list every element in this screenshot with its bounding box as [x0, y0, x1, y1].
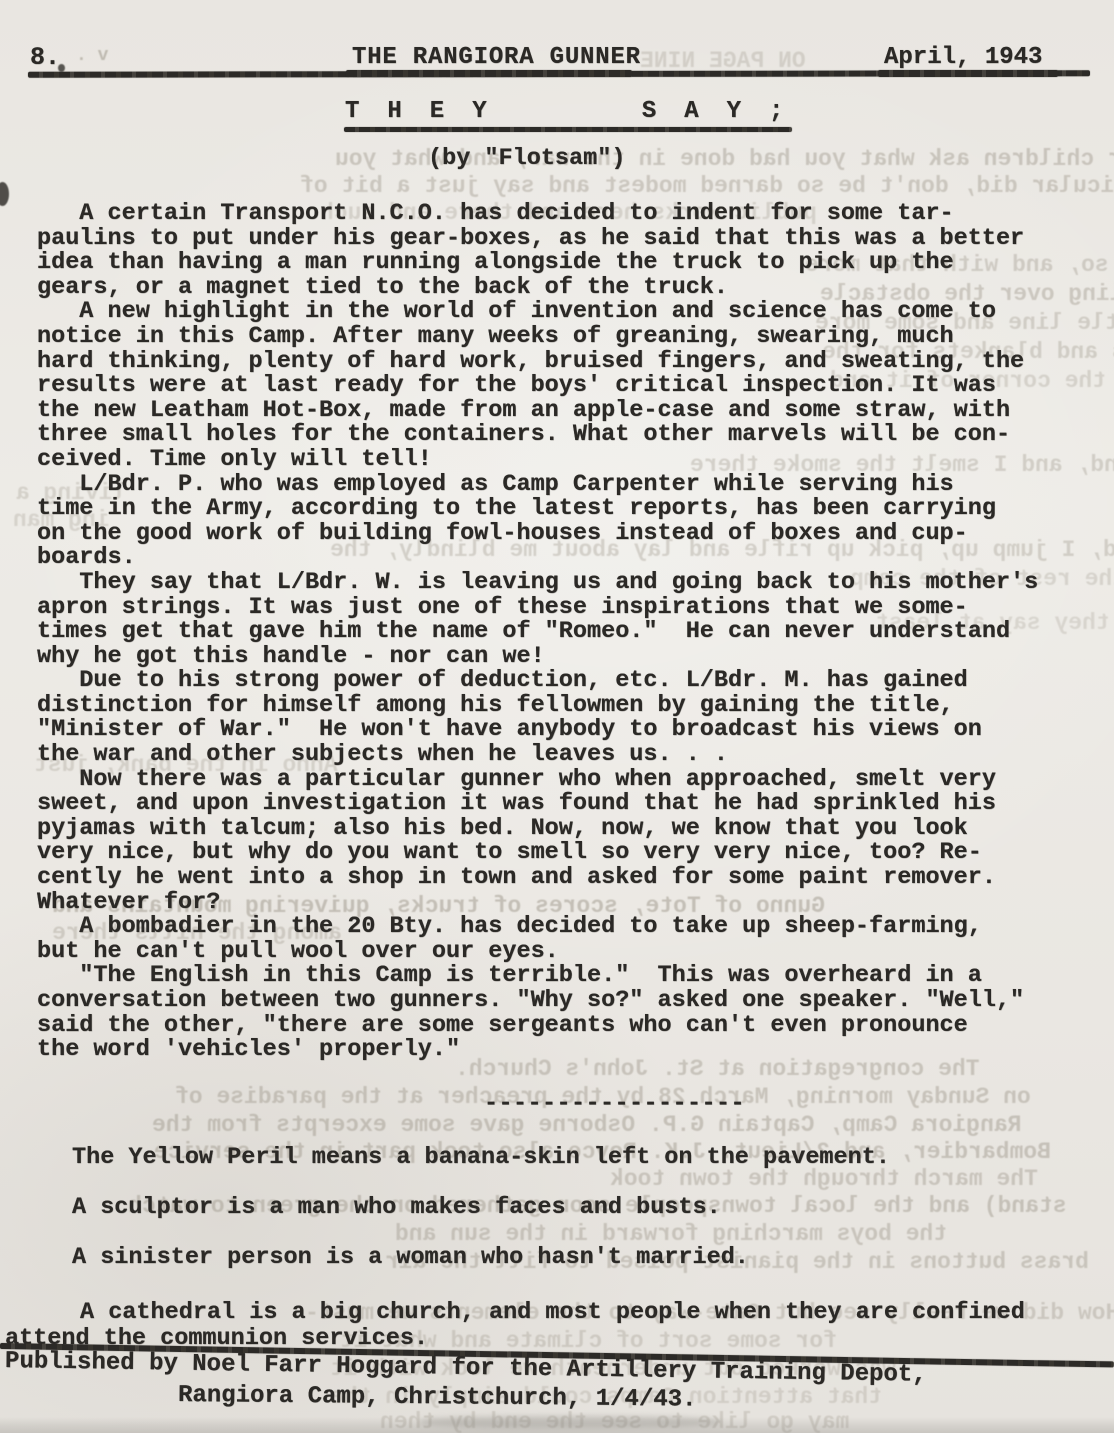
body-line: why he got this handle - nor can we! [37, 645, 1038, 670]
newsletter-page: . vON PAGE NINEIf your children ask what… [0, 0, 1114, 1433]
section-divider: ------------------ [484, 1092, 745, 1117]
body-line: the war and other subjects when he leave… [37, 743, 1038, 768]
body-line: idea than having a man running alongside… [37, 251, 1038, 276]
body-line: pyjamas with talcum; also his bed. Now, … [37, 817, 1038, 842]
article-title: THEY SAY; [345, 100, 783, 125]
body-line: hard thinking, plenty of hard work, brui… [37, 350, 1038, 375]
issue-date: April, 1943 [884, 46, 1042, 71]
body-line: the new Leatham Hot-Box, made from an ap… [37, 399, 1038, 424]
byline: (by "Flotsam") [428, 147, 625, 172]
article-body: A certain Transport N.C.O. has decided t… [37, 202, 1038, 1063]
ink-speck-left-edge [0, 182, 9, 206]
title-underline [344, 127, 792, 132]
ink-speck-page-number [58, 64, 65, 72]
epigram-cathedral-line1: A cathedral is a big church, and most pe… [80, 1301, 1025, 1326]
body-line: gears, or a magnet tied to the back of t… [37, 276, 1038, 301]
body-line: distinction for himself among his fellow… [37, 694, 1038, 719]
body-line: "Minister of War." He won't have anybody… [37, 718, 1038, 743]
body-line: L/Bdr. P. who was employed as Camp Carpe… [37, 473, 1038, 498]
epigram-sculptor: A sculptor is a man who makes faces and … [72, 1196, 721, 1221]
body-line: notice in this Camp. After many weeks of… [37, 325, 1038, 350]
body-line: results were at last ready for the boys'… [37, 374, 1038, 399]
body-line: A certain Transport N.C.O. has decided t… [37, 202, 1038, 227]
epigram-yellow-peril: The Yellow Peril means a banana-skin lef… [72, 1146, 890, 1171]
body-line: Due to his strong power of deduction, et… [37, 669, 1038, 694]
epigram-sinister: A sinister person is a woman who hasn't … [72, 1246, 749, 1271]
body-line: paulins to put under his gear-boxes, as … [37, 227, 1038, 252]
body-line: three small holes for the containers. Wh… [37, 423, 1038, 448]
body-line: times get that gave him the name of "Rom… [37, 620, 1038, 645]
body-line: boards. [37, 546, 1038, 571]
body-line: ceived. Time only will tell! [37, 448, 1038, 473]
masthead-underline [346, 70, 632, 77]
body-line: They say that L/Bdr. W. is leaving us an… [37, 571, 1038, 596]
body-line: very nice, but why do you want to smell … [37, 841, 1038, 866]
scan-bottom-edge [0, 1417, 1114, 1433]
bleedthrough-line: in particular did, don't be so darned mo… [300, 173, 1114, 199]
body-line: Whatever for? [37, 891, 1038, 916]
article-title-punctuation: ; [769, 98, 783, 125]
body-line: A bombadier in the 20 Bty. has decided t… [37, 915, 1038, 940]
body-line: the word 'vehicles' properly." [37, 1038, 1038, 1063]
body-line: Now there was a particular gunner who wh… [37, 768, 1038, 793]
body-line: on the good work of building fowl-houses… [37, 522, 1038, 547]
body-line: "The English in this Camp is terrible." … [37, 964, 1038, 989]
date-underline [878, 70, 1058, 77]
body-line: apron strings. It was just one of these … [37, 596, 1038, 621]
masthead: THE RANGIORA GUNNER [352, 46, 641, 71]
body-line: cently he went into a shop in town and a… [37, 866, 1038, 891]
body-line: said the other, "there are some sergeant… [37, 1014, 1038, 1039]
body-line: A new highlight in the world of inventio… [37, 300, 1038, 325]
body-line: but he can't pull wool over our eyes. [37, 940, 1038, 965]
bleedthrough-line: . v [76, 46, 108, 66]
body-line: sweet, and upon investigation it was fou… [37, 792, 1038, 817]
footer-location-date: Rangiora Camp, Christchurch, 1/4/43. [178, 1384, 697, 1413]
body-line: conversation between two gunners. "Why s… [37, 989, 1038, 1014]
body-line: time in the Army, according to the lates… [37, 497, 1038, 522]
page-number: 8. [30, 46, 60, 71]
article-title-text: THEY SAY [345, 98, 769, 125]
